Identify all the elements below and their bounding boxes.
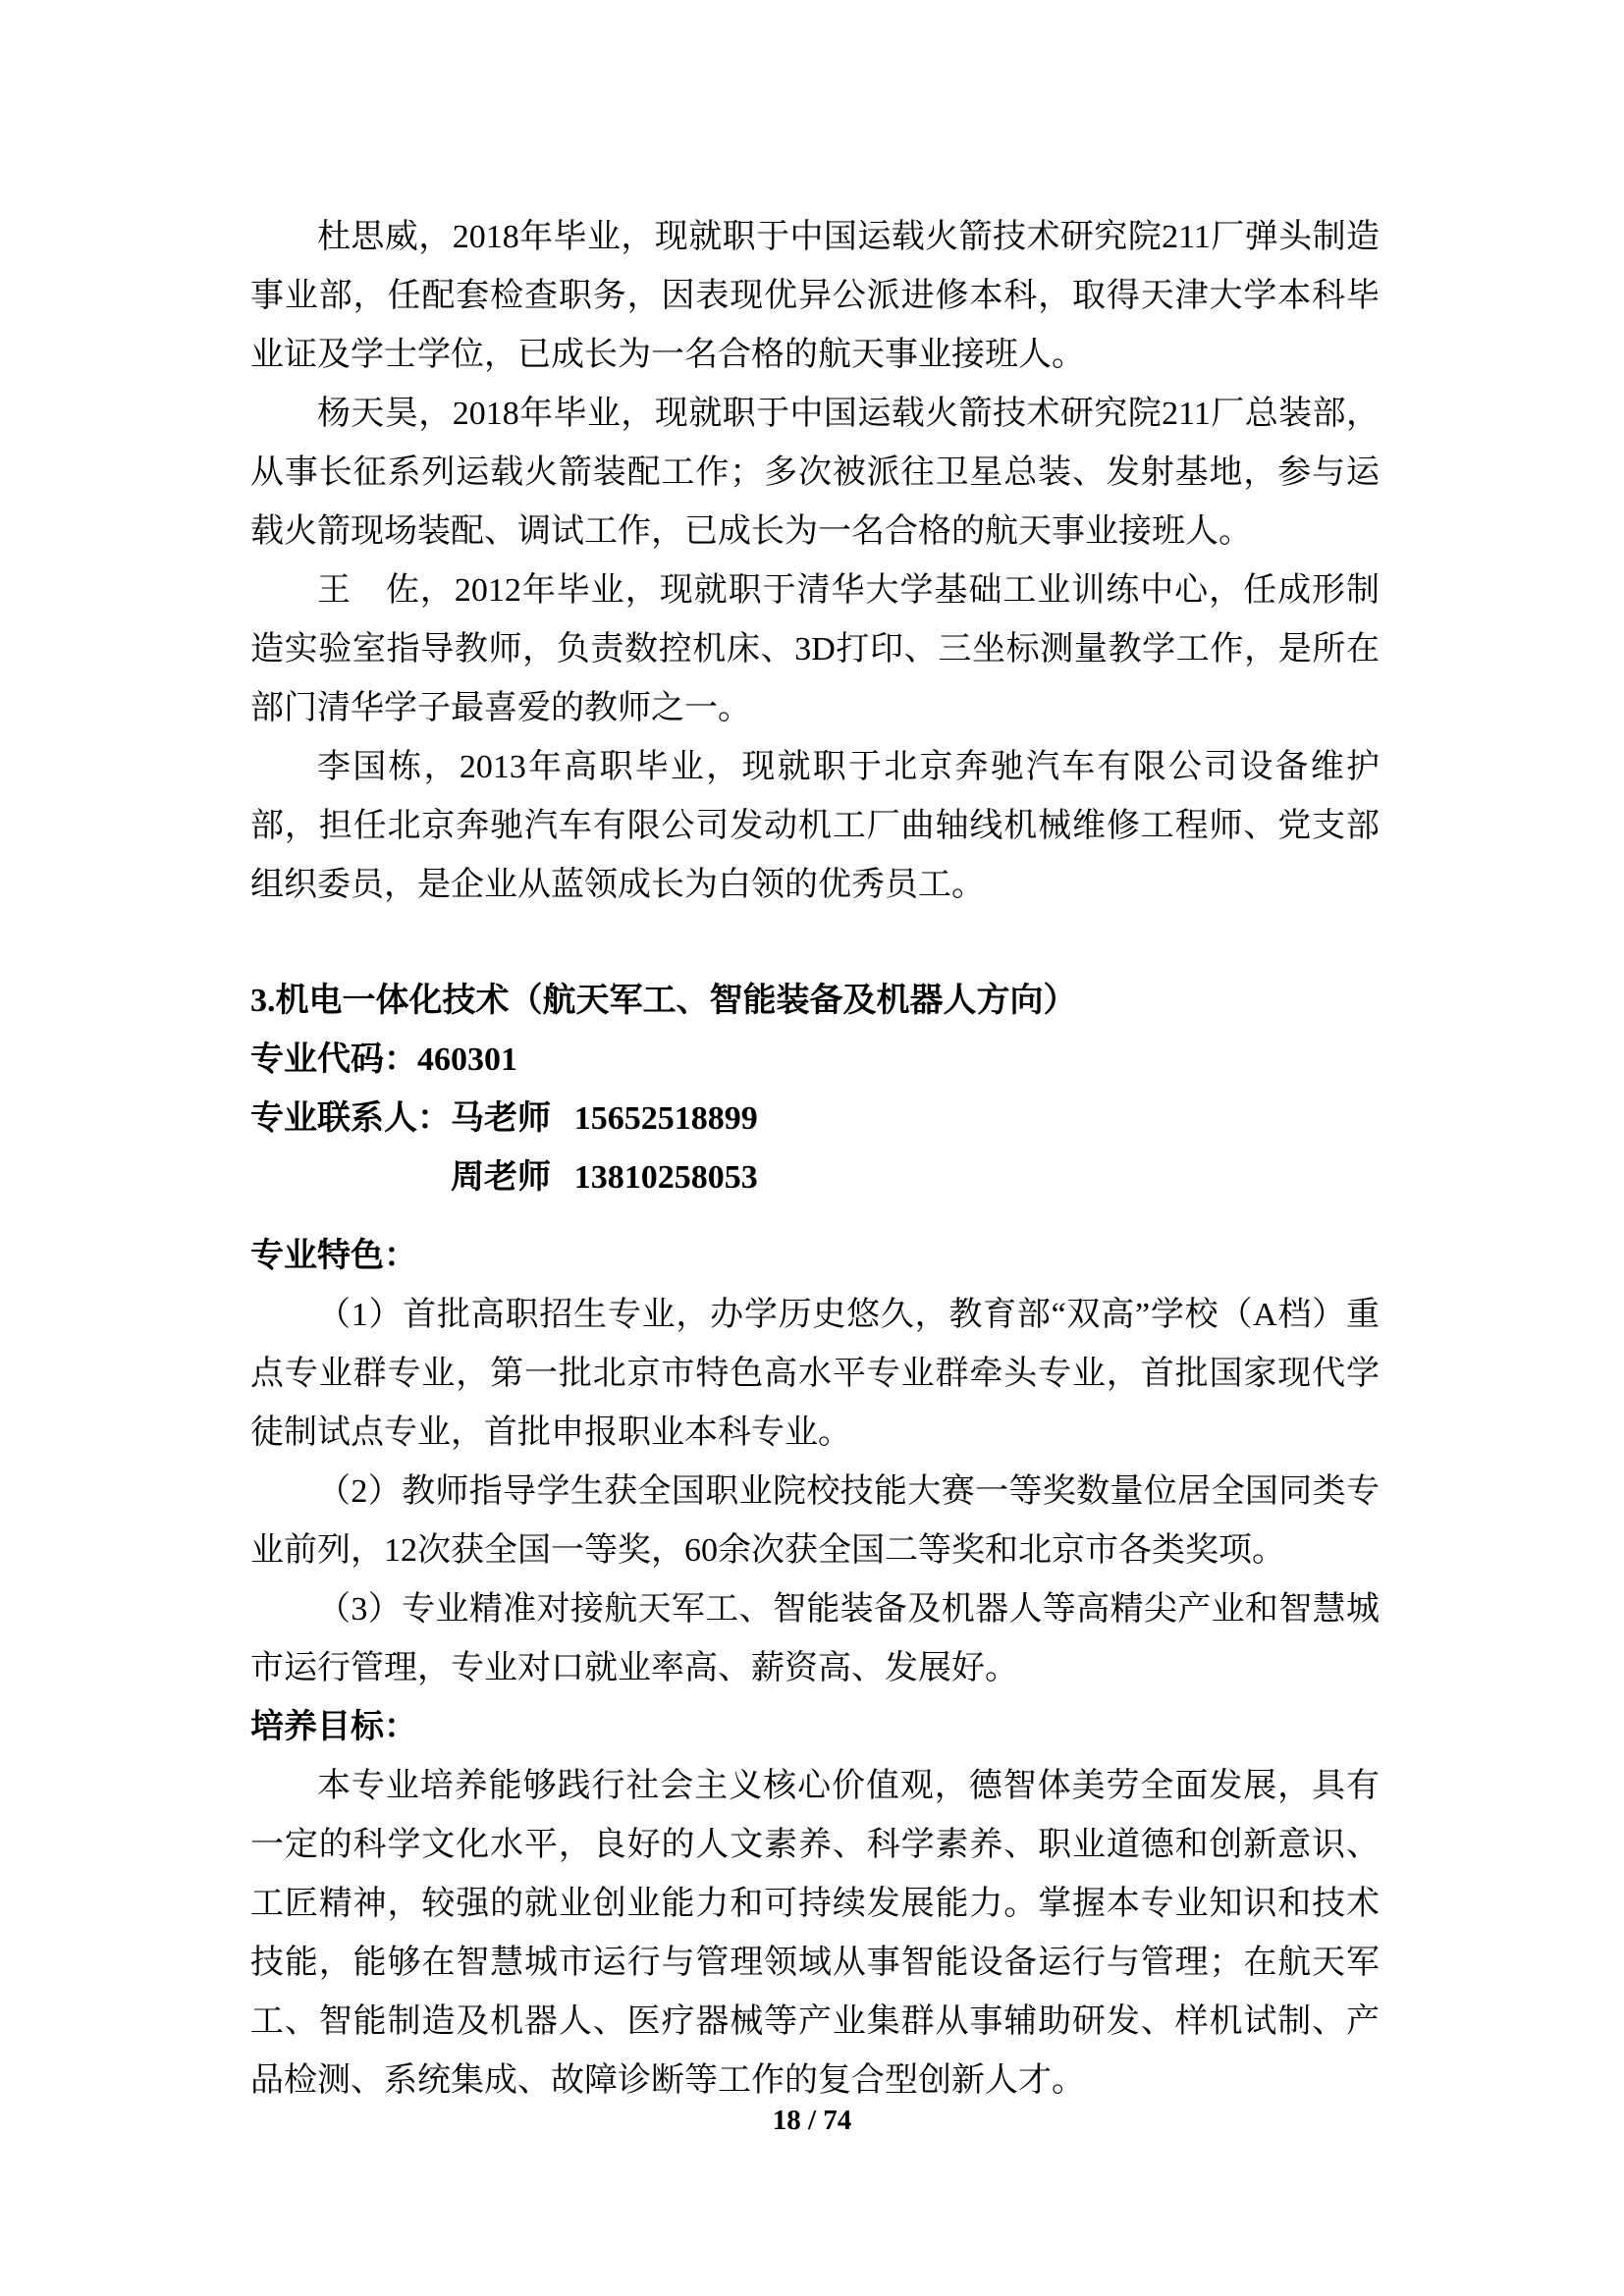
contact-phone: 13810258053 <box>574 1159 758 1196</box>
document-page: 杜思威，2018年毕业，现就职于中国运载火箭技术研究院211厂弹头制造事业部，任… <box>0 0 1624 2296</box>
features-heading: 专业特色： <box>250 1227 1380 1286</box>
objectives-paragraph: 本专业培养能够践行社会主义核心价值观，德智体美劳全面发展，具有一定的科学文化水平… <box>250 1757 1380 2110</box>
major-code-label: 专业代码： <box>250 1041 417 1078</box>
feature-item-3: （3）专业精准对接航天军工、智能装备及机器人等高精尖产业和智慧城市运行管理，专业… <box>250 1580 1380 1698</box>
contact-list: 马老师 15652518899 周老师 13810258053 <box>451 1090 758 1207</box>
contact-label: 专业联系人： <box>250 1090 451 1148</box>
alumni-paragraph-liguodong: 李国栋，2013年高职毕业，现就职于北京奔驰汽车有限公司设备维护部，担任北京奔驰… <box>250 738 1380 915</box>
page-footer: 18 / 74 <box>0 2101 1624 2140</box>
contact-name: 周老师 <box>451 1159 551 1196</box>
feature-item-2: （2）教师指导学生获全国职业院校技能大赛一等奖数量位居全国同类专业前列，12次获… <box>250 1463 1380 1580</box>
alumni-paragraph-wangzuo: 王 佐，2012年毕业，现就职于清华大学基础工业训练中心，任成形制造实验室指导教… <box>250 561 1380 738</box>
feature-item-1: （1）首批高职招生专业，办学历史悠久，教育部“双高”学校（A档）重点专业群专业，… <box>250 1286 1380 1463</box>
contact-name: 马老师 <box>451 1100 551 1137</box>
document-body: 杜思威，2018年毕业，现就职于中国运载火箭技术研究院211厂弹头制造事业部，任… <box>250 208 1380 2110</box>
page-number: 18 / 74 <box>773 2105 852 2136</box>
contact-row-ma: 马老师 15652518899 <box>451 1090 758 1148</box>
alumni-paragraph-dusiwei: 杜思威，2018年毕业，现就职于中国运载火箭技术研究院211厂弹头制造事业部，任… <box>250 208 1380 385</box>
contact-phone: 15652518899 <box>574 1100 758 1137</box>
contact-row-zhou: 周老师 13810258053 <box>451 1148 758 1207</box>
major-code-line: 专业代码：460301 <box>250 1031 1380 1090</box>
major-contact-block: 专业联系人： 马老师 15652518899 周老师 13810258053 <box>250 1090 1380 1207</box>
major-section-heading: 3.机电一体化技术（航天军工、智能装备及机器人方向） <box>250 972 1380 1031</box>
major-code-value: 460301 <box>417 1041 517 1078</box>
objectives-heading: 培养目标： <box>250 1698 1380 1757</box>
alumni-paragraph-yangtianhao: 杨天昊，2018年毕业，现就职于中国运载火箭技术研究院211厂总装部，从事长征系… <box>250 385 1380 561</box>
